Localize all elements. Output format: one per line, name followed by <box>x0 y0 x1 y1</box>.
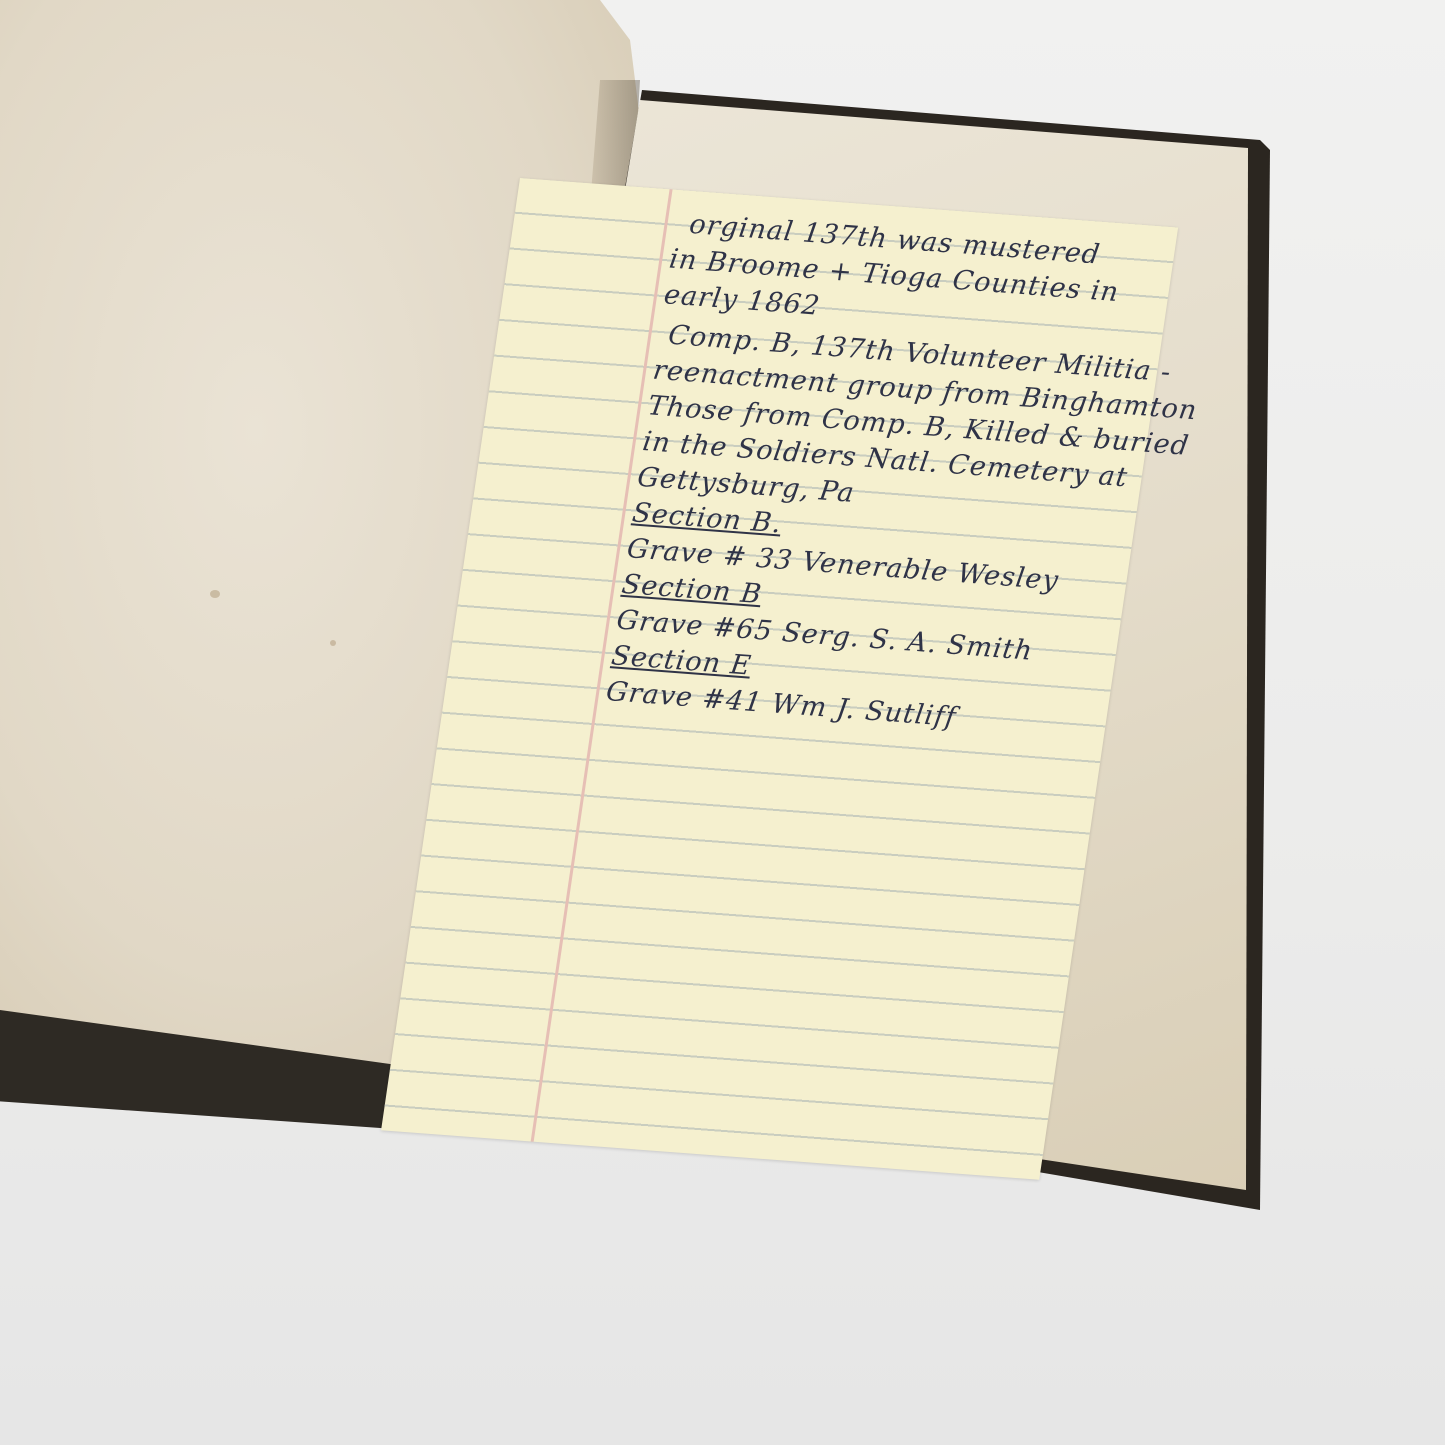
handwritten-index-card: orginal 137th was mustered in Broome + T… <box>381 178 1178 1180</box>
section-heading: Section E <box>609 640 753 681</box>
section-heading: Section B. <box>630 497 784 539</box>
grave-entry: Grave #41 Wm J. Sutliff <box>604 676 958 733</box>
note-line: early 1862 <box>662 279 822 321</box>
section-heading: Section B <box>620 569 764 610</box>
photo-scene: orginal 137th was mustered in Broome + T… <box>0 0 1445 1445</box>
foxing-spot <box>330 640 336 646</box>
foxing-spot <box>210 590 220 598</box>
